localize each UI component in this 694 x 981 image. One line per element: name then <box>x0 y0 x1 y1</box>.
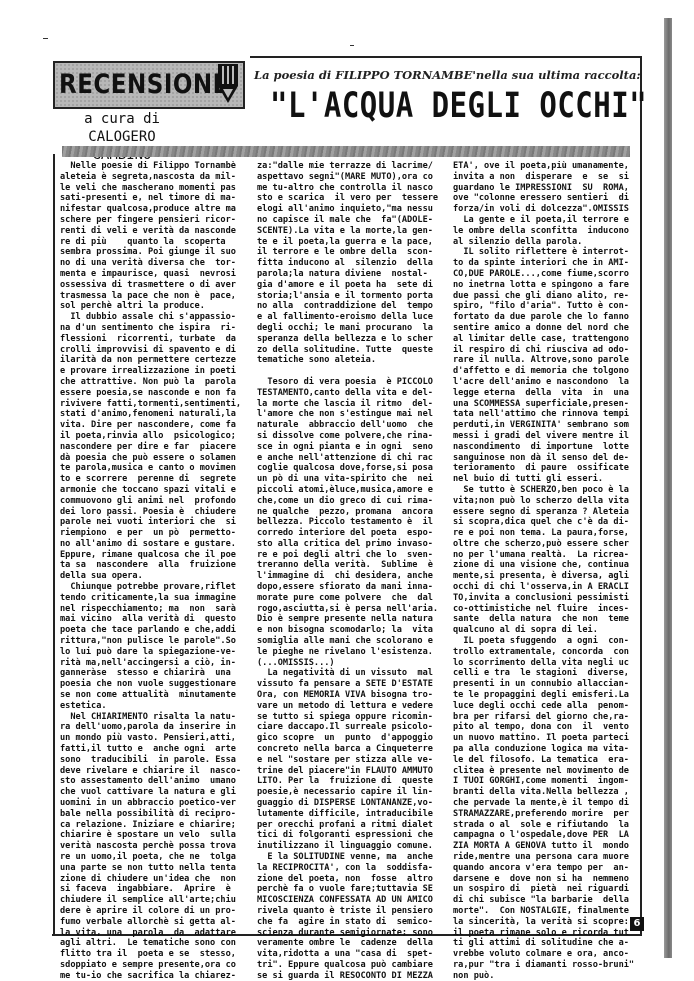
text-line: branti della vita.Nella bellezza , <box>453 787 643 798</box>
text-line: che pervade la mente,è il tempo di <box>453 798 643 809</box>
text-line: morte". Con NOSTALGIE, finalmente <box>453 906 643 917</box>
text-line: rivivere fatti,tormenti,sentimenti, <box>60 399 250 410</box>
text-line: armonie che toccano spazi vitali e <box>60 485 250 496</box>
text-line: Nelle poesie di Filippo Tornambè <box>60 161 250 172</box>
text-line: Il dubbio assale chi s'appassio- <box>60 312 250 323</box>
text-line: e non bisogna scomodarlo; la vita <box>257 625 447 636</box>
text-line: re e poi non tema. La paura,forse, <box>453 528 643 539</box>
text-line: e nel "sostare per stizza alle ve- <box>257 755 447 766</box>
text-line: co-ottimistiche nel fluire inces- <box>453 604 643 615</box>
text-line: verità nascosta perchè possa trova <box>60 841 250 852</box>
text-line: ossessiva di trasmettere o di aver <box>60 280 250 291</box>
text-line: per orecchi profani a ritmi dialet <box>257 820 447 831</box>
text-line: MICOSCIENZA CONFESSATA AD UN AMICO <box>257 895 447 906</box>
text-line: riempiono e per un pò permetto- <box>60 528 250 539</box>
text-line: rivela quanto è triste il pensiero <box>257 906 447 917</box>
text-line: occhi di chi l'osserva,in A ERACLI <box>453 582 643 593</box>
text-line: spiro, "filo d'aria". Tutto è con- <box>453 301 643 312</box>
text-line: essere poesia,se nasconde e non fa <box>60 388 250 399</box>
text-line: te le propaggini degli emisferi.La <box>453 690 643 701</box>
text-line: aspettavo segni"(MARE MUTO),ora co <box>257 172 447 183</box>
text-line: e anche nell'attenzione di chi rac <box>257 453 447 464</box>
text-line: ca relazione. Iniziare e chiarire; <box>60 820 250 831</box>
text-line: se si guarda il RESOCONTO DI MEZZA <box>257 971 447 981</box>
text-line: darsene e dove non si ha nemmeno <box>453 874 643 885</box>
text-line: il terrore e le ombre della scon- <box>257 247 447 258</box>
text-line: le del filosofo. La tematica era- <box>453 755 643 766</box>
text-line: chiudere il semplice all'arte;chiu <box>60 895 250 906</box>
text-line: ilarità da non permettere certezze <box>60 355 250 366</box>
text-line <box>257 366 447 377</box>
text-line: treranno della verità. Sublime è <box>257 560 447 571</box>
article-title: "L'ACQUA DEGLI OCCHI" <box>270 85 647 126</box>
scan-speck <box>43 38 48 39</box>
text-line: storia;l'ansia e il tormento porta <box>257 291 447 302</box>
text-line: l'amore che non s'estingue mai nel <box>257 409 447 420</box>
text-line: re un uomo,il poeta, che ne tolga <box>60 852 250 863</box>
text-line: vita,ridotta a una "casa di spet- <box>257 949 447 960</box>
text-line: qualcuno al di sopra di lei. <box>453 625 643 636</box>
text-line: morate pure come polvere che dal <box>257 593 447 604</box>
text-line: e provare irrealizzazione in poeti <box>60 366 250 377</box>
text-line: re di più quanto la scoperta <box>60 237 250 248</box>
text-line: le veli che mascherano momenti pas <box>60 183 250 194</box>
text-line: che attrattive. Non può la parola <box>60 377 250 388</box>
pencil-icon <box>215 64 241 104</box>
text-line: ganneràse stesso e chiarirà una <box>60 668 250 679</box>
text-line: di chi subisce "la barbarie della <box>453 895 643 906</box>
text-line: si faceva ingabbiare. Aprire è <box>60 884 250 895</box>
text-line: vita. Dire per nascondere, come fa <box>60 420 250 431</box>
text-line: forza/in voli di dolcezza".OMISSIS <box>453 204 643 215</box>
text-line: nascondimento di importune lotte <box>453 442 643 453</box>
text-line: Dio è sempre presente nella natura <box>257 614 447 625</box>
text-line: fortato da due parole che lo fanno <box>453 312 643 323</box>
text-line: elogi all'animo inquieto,"ma nessu <box>257 204 447 215</box>
text-line: non può. <box>453 971 643 981</box>
text-line: due passi che gli diano alito, re- <box>453 291 643 302</box>
text-line: legge eterna della vita in una <box>453 388 643 399</box>
text-line: perchè fa o vuole fare;tuttavia SE <box>257 884 447 895</box>
text-line: vrebbe voluto colmare e ora, anco- <box>453 949 643 960</box>
text-line: un sospiro di pietà nei riguardi <box>453 884 643 895</box>
text-line: bale nella possibilità di recipro- <box>60 809 250 820</box>
text-line: sentire amico a donne del nord che <box>453 323 643 334</box>
text-line: to e scorrere perenne di segrete <box>60 474 250 485</box>
text-line: sto e scarica il vero per tessere <box>257 193 447 204</box>
text-line: chiarire è spostare un velo sulla <box>60 830 250 841</box>
text-line: le pieghe ne rivelano l'esistenza. <box>257 647 447 658</box>
text-line: la sincerità, la verità si scopre: <box>453 917 643 928</box>
text-line: presenti in un connubio allaccian- <box>453 679 643 690</box>
text-line: sante della natura che non teme <box>453 614 643 625</box>
text-line: sdoppiato e sempre presente,ora co <box>60 960 250 971</box>
text-line: della sua opera. <box>60 571 250 582</box>
text-line: gico scopre un punto d'appoggio <box>257 733 447 744</box>
text-line: mente,si presenta, è diversa, agli <box>453 571 643 582</box>
text-line: se tutto si spiega oppure ricomin- <box>257 712 447 723</box>
text-line: zione di una visione che, continua <box>453 560 643 571</box>
text-line: quando ancora v'era tempo per an- <box>453 863 643 874</box>
text-line: me tu-altro che controlla il nasco <box>257 183 447 194</box>
text-column-3: ETA', ove il poeta,più umanamente,invita… <box>453 161 643 981</box>
text-line: somiglia alle mani che scolorano e <box>257 636 447 647</box>
text-line: una SCOMMESSA superficiale,presen- <box>453 399 643 410</box>
text-line: la vita, una parola da adattare <box>60 928 250 939</box>
text-line: zione del poeta, non fosse altro <box>257 874 447 885</box>
text-line: rare il nulla. Altrove,sono parole <box>453 355 643 366</box>
section-label: RECENSIONE <box>55 70 229 100</box>
text-line: deve rivelare e chiarire il nasco- <box>60 766 250 777</box>
text-line: no all'animo di sostare e gustare. <box>60 539 250 550</box>
text-line: l'immagine di chi desidera, anche <box>257 571 447 582</box>
text-line: no per l'umana realtà. La ricrea- <box>453 550 643 561</box>
text-line: ciare daccapo.Il surreale psicolo- <box>257 722 447 733</box>
text-line: dà poesia che può essere o solamen <box>60 453 250 464</box>
text-line: si dissolve come polvere,che rina- <box>257 431 447 442</box>
text-line: sanguinose non dà il senso del de- <box>453 453 643 464</box>
text-line: tematiche sono aleteia. <box>257 355 447 366</box>
text-line: scienza durante semigiornate; sono <box>257 928 447 939</box>
text-line: STRAMAZZARE,preferendo morire per <box>453 809 643 820</box>
text-line: tata nell'attimo che rinnova tempi <box>453 409 643 420</box>
text-line: lo scorrimento della vita negli uc <box>453 658 643 669</box>
text-line: SCENTE).La vita e la morte,la gen- <box>257 226 447 237</box>
text-line: clitea è presente nel movimento de <box>453 766 643 777</box>
text-line: schere per fingere pensieri ricor- <box>60 215 250 226</box>
text-line: se non come attualità minutamente <box>60 690 250 701</box>
text-line: sembra prossima. Poi giunge il suo <box>60 247 250 258</box>
text-line: veramente ombre le cadenze della <box>257 938 447 949</box>
text-line: vita;non può lo scherzo della vita <box>453 496 643 507</box>
text-line: CO,DUE PAROLE...,come fiume,scorro <box>453 269 643 280</box>
text-line: menta e impaurisce, quasi nevrosi <box>60 269 250 280</box>
text-line: flessioni ricorrenti, turbate da <box>60 334 250 345</box>
text-line: naturale abbraccio dell'uomo che <box>257 420 447 431</box>
text-line: ZIA MORTA A GENOVA tutto il mondo <box>453 841 643 852</box>
text-line: tri". Eppure qualcosa può cambiare <box>257 960 447 971</box>
text-line: La negatività di un vissuto mal <box>257 668 447 679</box>
text-line: stati d'animo,fenomeni naturali,la <box>60 409 250 420</box>
text-line: ra dell'uomo,parola da inserire in <box>60 722 250 733</box>
text-line: dei loro passi. Poesia è chiudere <box>60 507 250 518</box>
text-line: bellezza. Piccolo testamento è il <box>257 517 447 528</box>
text-line: no di una verità diversa che tor- <box>60 258 250 269</box>
text-line: te e il poeta,la guerra e la pace, <box>257 237 447 248</box>
text-line: E la SOLITUDINE venne, ma anche <box>257 852 447 863</box>
text-line: nel rispecchiamento; ma non sarà <box>60 604 250 615</box>
text-line: sto alla critica del primo invaso- <box>257 539 447 550</box>
text-line: I TUOI GORGHI,come momenti ingom- <box>453 776 643 787</box>
text-line: trine del piacere"in FLAUTO AMMUTO <box>257 766 447 777</box>
text-line: invita a non disperare e se si <box>453 172 643 183</box>
text-line: crolli improvvisi di spavento e di <box>60 345 250 356</box>
text-line: Tesoro di vera poesia è PICCOLO <box>257 377 447 388</box>
text-line: poesie,è necessario capire il lin- <box>257 787 447 798</box>
text-line: d'affetto e di memoria che tolgono <box>453 366 643 377</box>
page-edge-shadow <box>664 18 672 958</box>
text-line: un mondo più vasto. Pensieri,atti, <box>60 733 250 744</box>
text-line: uomini in un abbraccio poetico-ver <box>60 798 250 809</box>
text-line: pa alla conduzione logica ma vita- <box>453 744 643 755</box>
text-line: tendo criticamente,la sua immagine <box>60 593 250 604</box>
text-line: guaggio di DISPERSE LONTANANZE,vo- <box>257 798 447 809</box>
text-line: mai vicino alla verità di questo <box>60 614 250 625</box>
text-line: nascondere per dire e far piacere <box>60 442 250 453</box>
decorative-band <box>62 146 630 157</box>
text-line: IL poeta sfuggendo a ogni con- <box>453 636 643 647</box>
text-line: commuovono gli animi nel profondo <box>60 496 250 507</box>
text-column-1: Nelle poesie di Filippo Tornambèaleteia … <box>60 161 250 981</box>
text-line: al silenzio della parola. <box>453 237 643 248</box>
text-line: TESTAMENTO,canto della vita e del- <box>257 388 447 399</box>
text-line: dere è aprire il colore di un pro- <box>60 906 250 917</box>
frame-top-rule <box>250 56 642 59</box>
text-line: che,come un dio greco di cui rima- <box>257 496 447 507</box>
text-line: un pò di una vita-spirito che nei <box>257 474 447 485</box>
text-line: ta sa nascondere alla fruizione <box>60 560 250 571</box>
text-line: luce degli occhi cede alla penom- <box>453 701 643 712</box>
text-line: il respiro di chi riusciva ad odo- <box>453 345 643 356</box>
text-line: re e poi degli altri che lo sven- <box>257 550 447 561</box>
text-line: no alla contraddizione del tempo <box>257 301 447 312</box>
text-line: si scopra,dica quel che c'è da di- <box>453 517 643 528</box>
text-line: sono traducibili in parole. Essa <box>60 755 250 766</box>
text-line: essere segno di speranza ? Aleteia <box>453 507 643 518</box>
text-line: la morte che lascia il ritmo del- <box>257 399 447 410</box>
text-line: terioramento di paure ossificate <box>453 463 643 474</box>
text-line: nel buio di tutti gli esseri. <box>453 474 643 485</box>
text-line: inutilizzano il linguaggio comune. <box>257 841 447 852</box>
text-line: tici di folgoranti espressioni che <box>257 830 447 841</box>
text-line: messi i gradi del vivere mentre il <box>453 431 643 442</box>
text-line: za:"dalle mie terrazze di lacrime/ <box>257 161 447 172</box>
text-line: ove "colonne eressero sentieri di <box>453 193 643 204</box>
text-line: sto assestamento dell'animo umano <box>60 776 250 787</box>
text-line: poeta che tace parlando e che,addi <box>60 625 250 636</box>
text-line: rogo,asciutta,si è persa nell'aria. <box>257 604 447 615</box>
text-line: La gente e il poeta,il terrore e <box>453 215 643 226</box>
text-line: pito al tempo, dona con il vento <box>453 722 643 733</box>
text-line: strada o al sole e rifiutando la <box>453 820 643 831</box>
text-line: ra,pur "tra i diamanti rosso-bruni" <box>453 960 643 971</box>
text-line: campagna o l'ospedale,dove PER LA <box>453 830 643 841</box>
text-line: parole nei vuoti interiori che si <box>60 517 250 528</box>
text-line: al limitar delle case, trattengono <box>453 334 643 345</box>
text-line: che vuol cattivare la natura e gli <box>60 787 250 798</box>
text-line: un nuovo mattino. Il poeta parteci <box>453 733 643 744</box>
text-line: sati-presenti e, nel timore di ma- <box>60 193 250 204</box>
text-line: degli occhi; le mani procurano la <box>257 323 447 334</box>
text-line: una parte se non tutto nella tenta <box>60 863 250 874</box>
text-line: trollo extramentale, concorda con <box>453 647 643 658</box>
text-line: e al fallimento-eroismo della luce <box>257 312 447 323</box>
text-line: flitto tra il poeta e se stesso, <box>60 949 250 960</box>
text-line: le ombre della sconfitta inducono <box>453 226 643 237</box>
text-line: (...OMISSIS...) <box>257 658 447 669</box>
text-line: estetica. <box>60 701 250 712</box>
text-line: to da spinte interiori che in AMI- <box>453 258 643 269</box>
text-line: guardano le IMPRESSIONI SU ROMA, <box>453 183 643 194</box>
text-line: Eppure, rimane qualcosa che il poe <box>60 550 250 561</box>
text-line: rittura,"non pulisce le parole".So <box>60 636 250 647</box>
text-column-2: za:"dalle mie terrazze di lacrime/aspett… <box>257 161 447 981</box>
text-line: aleteia è segreta,nascosta da mil- <box>60 172 250 183</box>
text-line: il poeta rimane solo e ricorda tut <box>453 928 643 939</box>
text-line: celli e tra le stagioni diverse, <box>453 668 643 679</box>
text-line: piccoli atomi,èluce,musica,amore e <box>257 485 447 496</box>
text-line: fumo verbale allorchè si getta al- <box>60 917 250 928</box>
text-line: ETA', ove il poeta,più umanamente, <box>453 161 643 172</box>
text-line: gia d'amore e il poeta ha sete di <box>257 280 447 291</box>
text-line: na d'un sentimento che ispira ri- <box>60 323 250 334</box>
text-line: parola;la natura diviene nostal- <box>257 269 447 280</box>
text-line: Nel CHIARIMENTO risalta la natu- <box>60 712 250 723</box>
text-line: sol perchè altri la produce. <box>60 301 250 312</box>
text-line: te parola,musica e canto o movimen <box>60 463 250 474</box>
text-line: vare un metodo di lettura e vedere <box>257 701 447 712</box>
text-line: renti di veli e verità da nasconde <box>60 226 250 237</box>
page-number: 6 <box>630 917 644 931</box>
text-line: zione di chiudere un'idea che non <box>60 874 250 885</box>
text-line: no capisce il male che fa"(ADOLE- <box>257 215 447 226</box>
text-line: la RECIPROCITA', con la soddisfa- <box>257 863 447 874</box>
recensione-logo: RECENSIONE <box>53 61 245 109</box>
text-line: fitta inducono al silenzio della <box>257 258 447 269</box>
text-line: poesia che non vuole suggestionare <box>60 679 250 690</box>
text-line: che fa agire in stato di semico- <box>257 917 447 928</box>
text-line: ti gli attimi di solitudine che a- <box>453 938 643 949</box>
text-line: trasmessa la pace che non è pace, <box>60 291 250 302</box>
text-line: me tu-io che sacrifica la chiarez- <box>60 971 250 981</box>
text-line: Ora, con MEMORIA VIVA bisogna tro- <box>257 690 447 701</box>
text-line: lutamente difficile, intraducibile <box>257 809 447 820</box>
text-line: Se tutto è SCHERZO,ben poco è la <box>453 485 643 496</box>
article-subtitle: La poesia di FILIPPO TORNAMBE'nella sua … <box>254 68 641 82</box>
text-line: IL solito riflettere è interrot- <box>453 247 643 258</box>
text-line: bra per rifarsi del giorno che,ra- <box>453 712 643 723</box>
byline-prefix: a cura di <box>62 110 182 128</box>
frame-left-rule <box>53 154 55 936</box>
text-line: speranza della bellezza e lo scher <box>257 334 447 345</box>
text-line: ne qualche pezzo, promana ancora <box>257 507 447 518</box>
text-line: il poeta,rinvia allo psicologico; <box>60 431 250 442</box>
text-line: oltre che scherzo,può essere scher <box>453 539 643 550</box>
text-line: no inetrna lotta e spingono a fare <box>453 280 643 291</box>
text-line: perduti,in VERGINITA' sembrano som <box>453 420 643 431</box>
text-line: vissuto fa pensare a SETE D'ESTATE <box>257 679 447 690</box>
text-line: agli altri. Le tematiche sono con <box>60 938 250 949</box>
text-line: lo lui può dare la spiegazione-ve- <box>60 647 250 658</box>
text-line: l'acre dell'animo e nascondono la <box>453 377 643 388</box>
text-line: ride,mentre una persona cara muore <box>453 852 643 863</box>
text-line: coglie qualcosa dove,forse,si posa <box>257 463 447 474</box>
text-line: zo della solitudine. Tutte queste <box>257 345 447 356</box>
text-line: TO,invita a conclusioni pessimisti <box>453 593 643 604</box>
text-line: dopo,essere sfiorato da mani inna- <box>257 582 447 593</box>
text-line: corredo interiore del poeta espo- <box>257 528 447 539</box>
text-line: fatti,il tutto e anche ogni arte <box>60 744 250 755</box>
text-line: nifestar qualcosa,produce altre ma <box>60 204 250 215</box>
scan-speck <box>350 45 354 46</box>
text-line: Chiunque potrebbe provare,riflet <box>60 582 250 593</box>
text-line: sce in ogni pianta e in ogni seno <box>257 442 447 453</box>
text-line: rità ma,nell'accingersi a ciò, in- <box>60 658 250 669</box>
text-line: concreto nella barca a Cinqueterre <box>257 744 447 755</box>
text-line: LITO. Per la fruizione di queste <box>257 776 447 787</box>
